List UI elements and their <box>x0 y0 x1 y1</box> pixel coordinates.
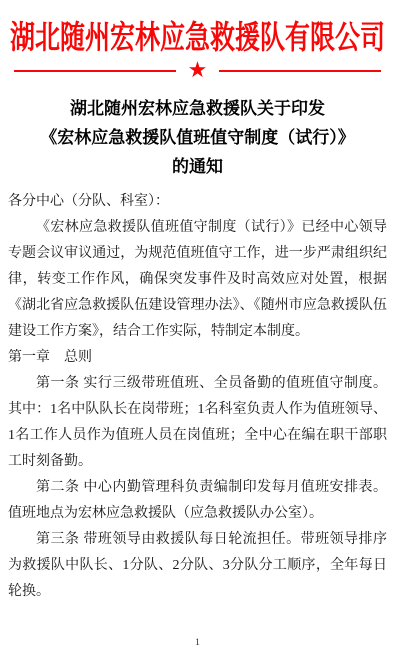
letterhead-company-name: 湖北随州宏林应急救援队有限公司 <box>10 12 385 58</box>
document-page: 湖北随州宏林应急救援队有限公司 ★ 湖北随州宏林应急救援队关于印发 《宏林应急救… <box>0 0 395 652</box>
divider-line-left <box>14 70 176 72</box>
article-3-paragraph: 第三条 带班领导由救援队每日轮流担任。带班领导排序为救援队中队长、1分队、2分队… <box>8 527 387 605</box>
salutation: 各分中心（分队、科室）： <box>8 189 387 215</box>
letterhead-divider: ★ <box>14 60 381 82</box>
letterhead: 湖北随州宏林应急救援队有限公司 <box>8 12 387 46</box>
divider-line-right <box>219 70 381 72</box>
article-2-paragraph: 第二条 中心内勤管理科负责编制印发每月值班安排表。值班地点为宏林应急救援队（应急… <box>8 475 387 527</box>
document-title-line-2: 《宏林应急救援队值班值守制度（试行）》 <box>8 123 387 152</box>
document-title: 湖北随州宏林应急救援队关于印发 《宏林应急救援队值班值守制度（试行）》 的通知 <box>8 94 387 181</box>
document-title-line-1: 湖北随州宏林应急救援队关于印发 <box>8 94 387 123</box>
intro-paragraph: 《宏林应急救援队值班值守制度（试行）》已经中心领导专题会议审议通过，为规范值班值… <box>8 215 387 345</box>
page-number: 1 <box>0 637 395 647</box>
document-title-line-3: 的通知 <box>8 152 387 181</box>
star-icon: ★ <box>188 60 208 82</box>
document-body: 各分中心（分队、科室）： 《宏林应急救援队值班值守制度（试行）》已经中心领导专题… <box>8 189 387 605</box>
article-1-paragraph: 第一条 实行三级带班值班、全员备勤的值班值守制度。其中：1名中队队长在岗带班；1… <box>8 371 387 475</box>
chapter-heading: 第一章 总则 <box>8 345 387 371</box>
